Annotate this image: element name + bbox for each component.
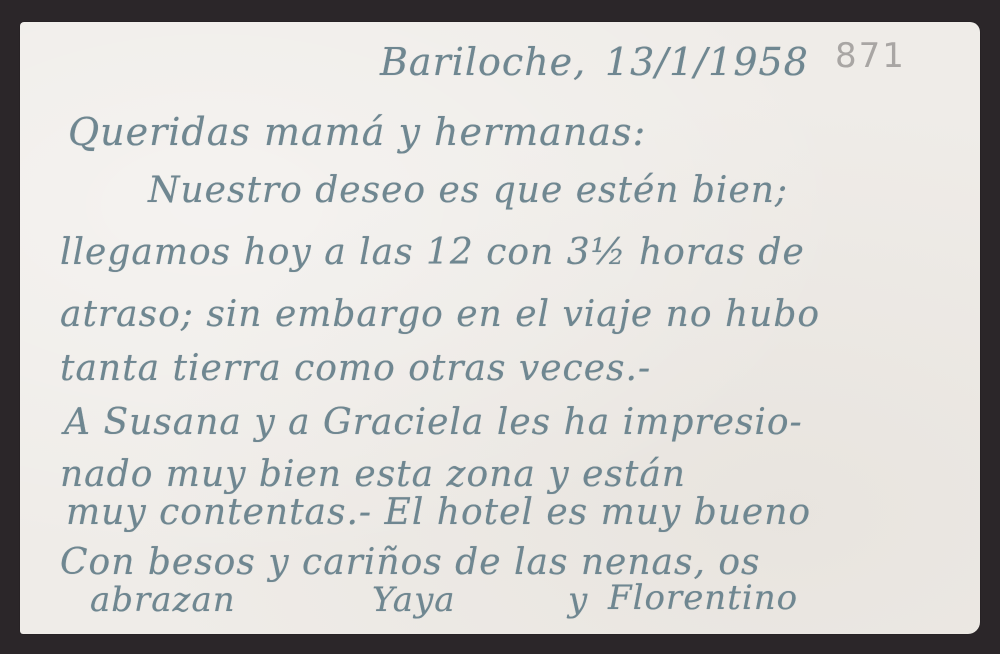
catalog-number: 871 [835,36,906,76]
signature-name-2: Florentino [608,578,798,618]
salutation: Queridas mamá y hermanas: [68,110,646,154]
body-line: Nuestro deseo es que estén bien; [148,170,788,211]
body-line: nado muy bien esta zona y están [60,454,686,495]
body-line: llegamos hoy a las 12 con 3½ horas de [60,232,805,273]
postcard: Bariloche, 13/1/1958 871 Queridas mamá y… [20,22,980,634]
scan-background: Bariloche, 13/1/1958 871 Queridas mamá y… [0,0,1000,654]
signature-conjunction: y [568,580,588,620]
body-line: tanta tierra como otras veces.- [60,348,651,389]
body-line: atraso; sin embargo en el viaje no hubo [60,294,820,335]
signature-name-1: Yaya [372,580,456,620]
closing: abrazan [90,580,236,620]
body-line: muy contentas.- El hotel es muy bueno [66,492,811,533]
body-line: A Susana y a Graciela les ha impresio- [64,402,803,443]
body-line: Con besos y cariños de las nenas, os [60,542,761,583]
header-place: Bariloche, [380,40,586,84]
header-date: 13/1/1958 [605,40,809,84]
